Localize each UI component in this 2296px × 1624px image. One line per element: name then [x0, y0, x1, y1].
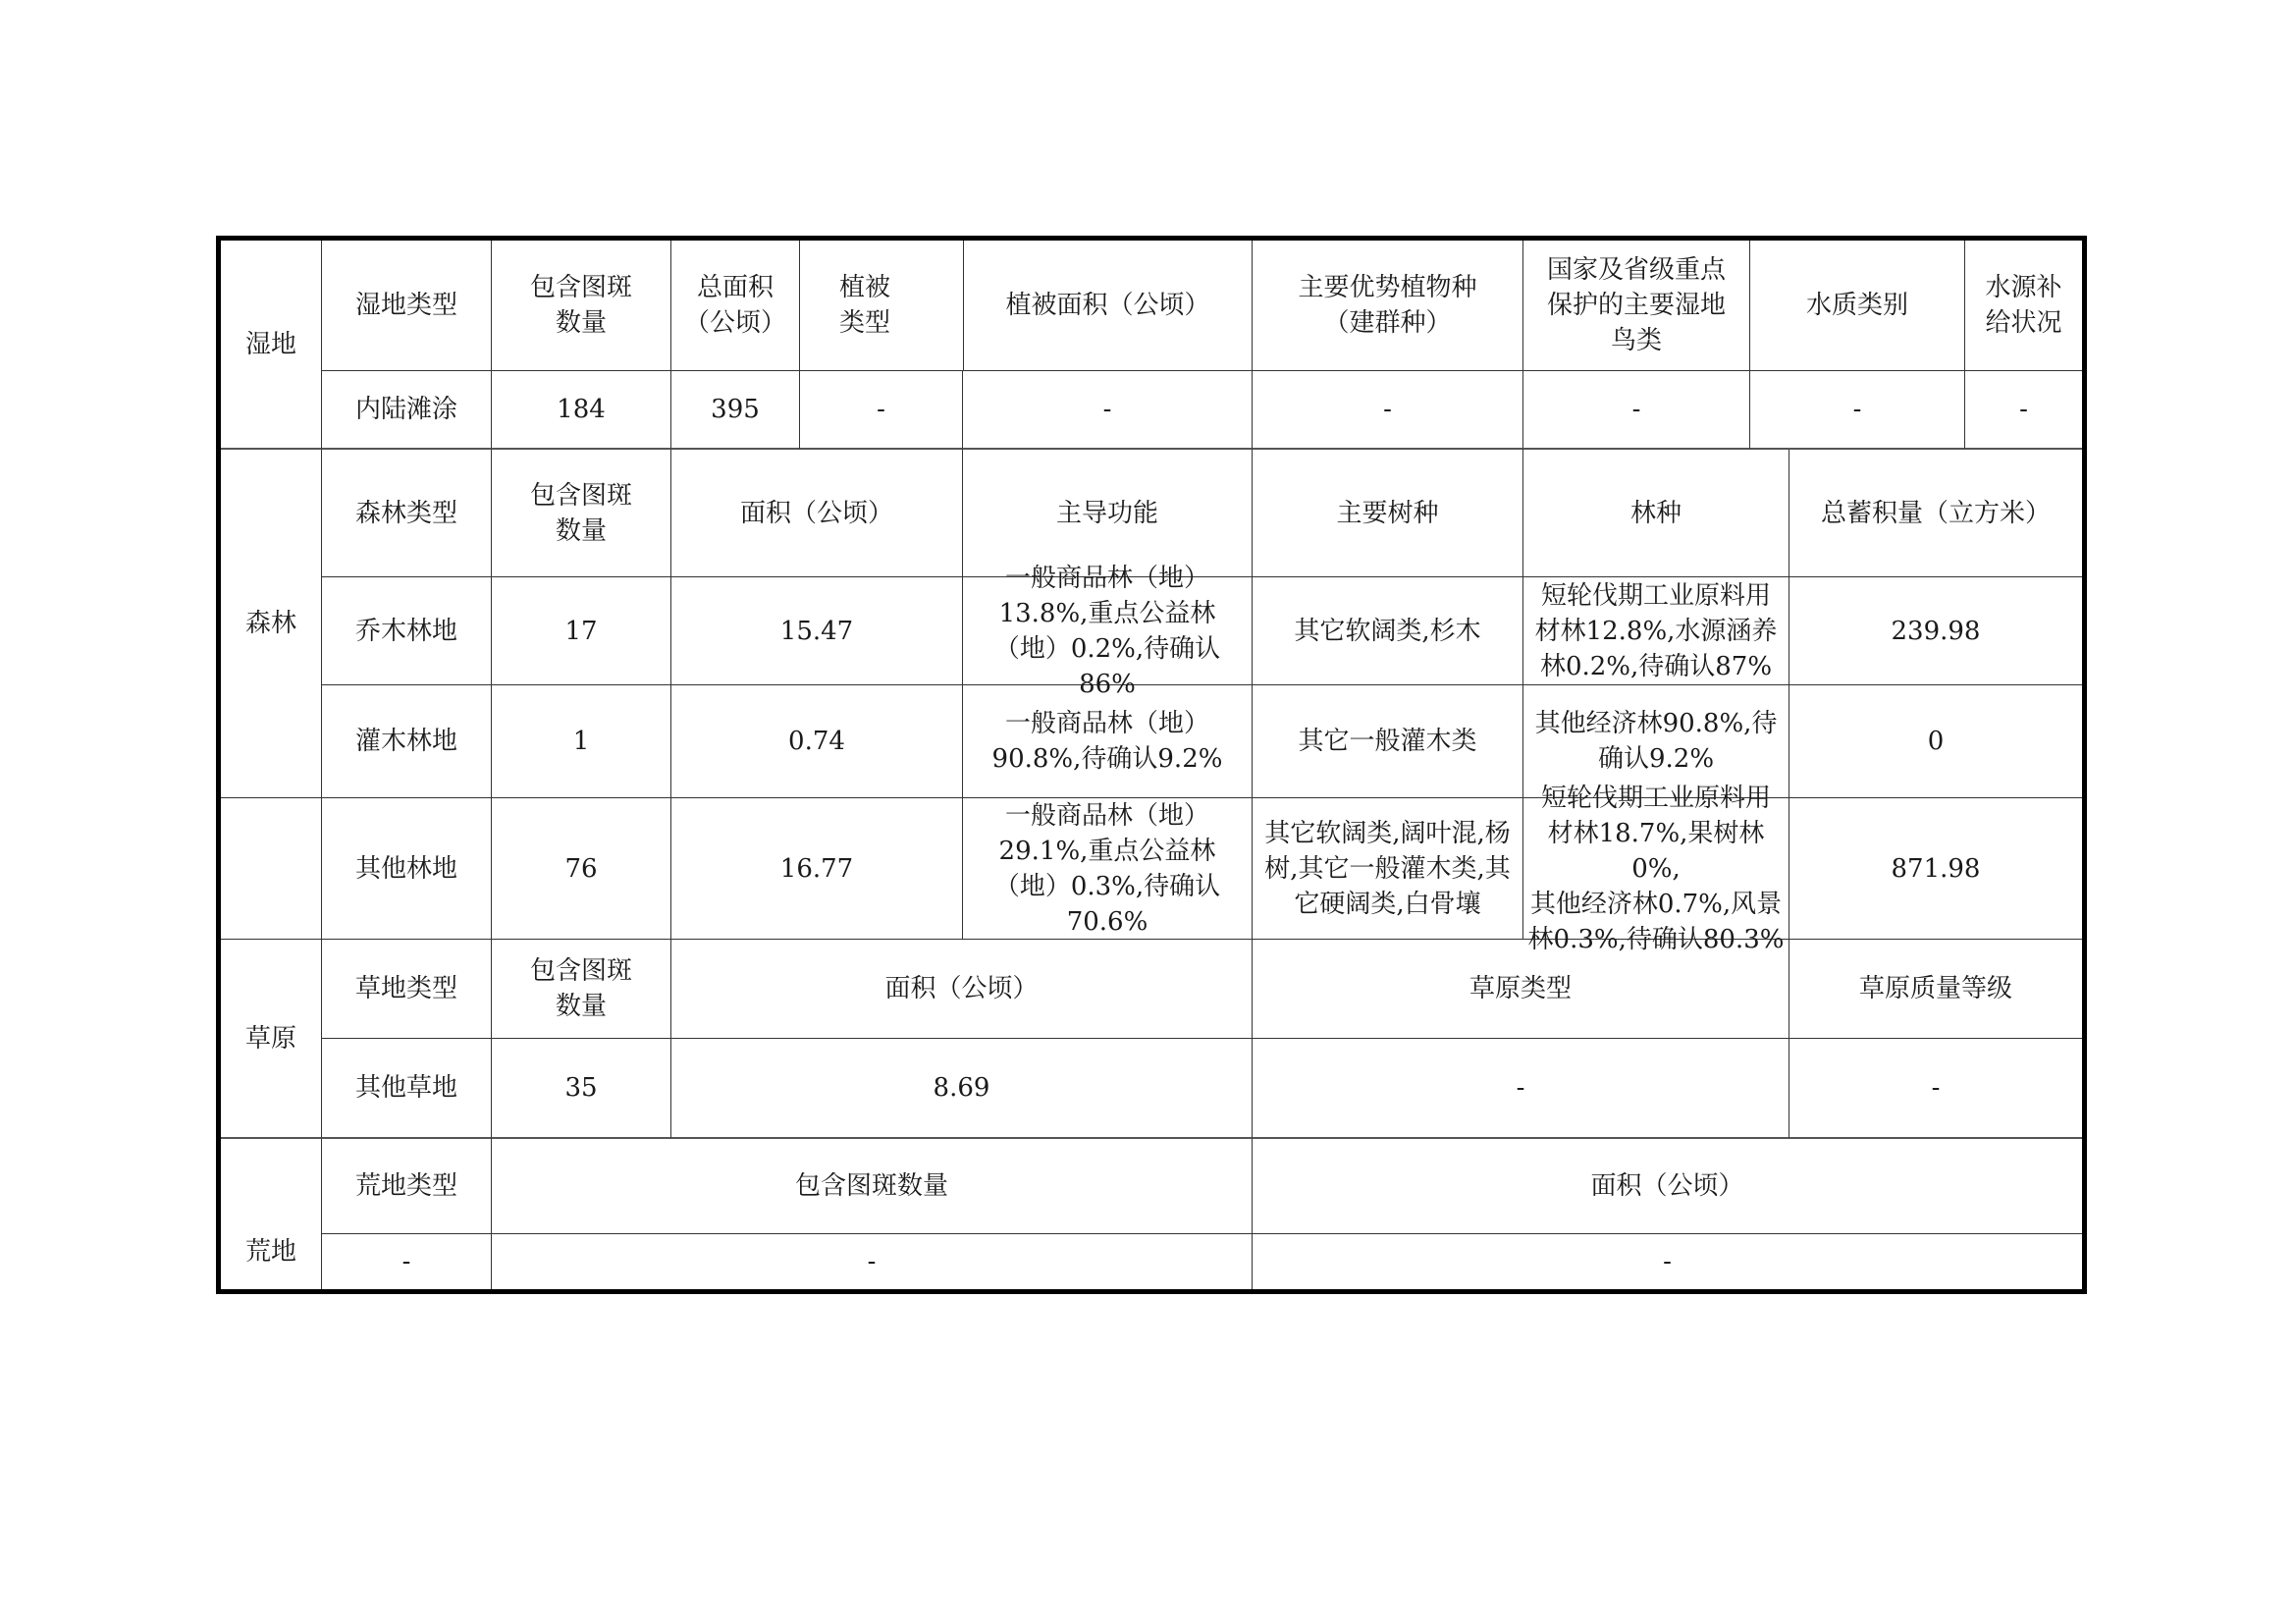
wasteland-header-type: 荒地类型: [322, 1139, 492, 1234]
forest-header-total-stock: 总蓄积量（立方米）: [1789, 450, 2082, 577]
wetland-header-type: 湿地类型: [322, 241, 492, 371]
wetland-header-water-supply: 水源补 给状况: [1965, 241, 2082, 371]
forest-header-main-function: 主导功能: [963, 450, 1253, 577]
wetland-row-vegetation-area: -: [963, 371, 1253, 450]
forest-row-patch-count: 17: [492, 577, 671, 685]
grassland-row-quality-grade: -: [1789, 1039, 2082, 1139]
forest-row-main-species: 其它一般灌木类: [1253, 685, 1523, 798]
forest-row-main-function: 一般商品林（地） 13.8%,重点公益林 （地）0.2%,待确认86%: [963, 577, 1253, 685]
grassland-header-quality-grade: 草原质量等级: [1789, 940, 2082, 1039]
grassland-row-area: 8.69: [671, 1039, 1253, 1139]
grassland-row-patch-count: 35: [492, 1039, 671, 1139]
forest-row-patch-count: 1: [492, 685, 671, 798]
forest-row-total-stock: 0: [1789, 685, 2082, 798]
grassland-header-grassland-type: 草原类型: [1253, 940, 1789, 1039]
forest-row-total-stock: 871.98: [1789, 798, 2082, 940]
grassland-header-area: 面积（公顷）: [671, 940, 1253, 1039]
forest-row-forest-category: 短轮伐期工业原料用 材林18.7%,果树林0%, 其他经济林0.7%,风景 林0…: [1523, 798, 1789, 940]
wetland-row-vegetation-type: -: [800, 371, 963, 450]
category-wasteland: 荒地: [221, 1139, 322, 1289]
forest-row-main-species: 其它软阔类,杉木: [1253, 577, 1523, 685]
wetland-row-patch-count: 184: [492, 371, 671, 450]
grassland-row-grassland-type: -: [1253, 1039, 1789, 1139]
wetland-header-total-area: 总面积 （公顷）: [671, 241, 800, 371]
grassland-header-patch-count: 包含图斑 数量: [492, 940, 671, 1039]
wetland-header-water-quality: 水质类别: [1750, 241, 1965, 371]
wasteland-header-area: 面积（公顷）: [1253, 1139, 2082, 1234]
land-resource-table: 湿地 湿地类型 包含图斑 数量 总面积 （公顷） 植被 类型 植被面积（公顷） …: [216, 236, 2087, 1294]
wasteland-row-type: -: [322, 1234, 492, 1289]
wetland-header-protected-birds: 国家及省级重点 保护的主要湿地 鸟类: [1523, 241, 1750, 371]
wasteland-header-patch-count: 包含图斑数量: [492, 1139, 1253, 1234]
forest-row-main-function: 一般商品林（地） 90.8%,待确认9.2%: [963, 685, 1253, 798]
forest-row-main-function: 一般商品林（地） 29.1%,重点公益林 （地）0.3%,待确认 70.6%: [963, 798, 1253, 940]
wetland-row-protected-birds: -: [1523, 371, 1750, 450]
wetland-header-patch-count: 包含图斑 数量: [492, 241, 671, 371]
forest-row-total-stock: 239.98: [1789, 577, 2082, 685]
category-grassland: 草原: [221, 940, 322, 1139]
forest-header-area: 面积（公顷）: [671, 450, 963, 577]
wasteland-row-area: -: [1253, 1234, 2082, 1289]
forest-row-area: 16.77: [671, 798, 963, 940]
forest-row-patch-count: 76: [492, 798, 671, 940]
forest-header-forest-category: 林种: [1523, 450, 1789, 577]
forest-row-area: 15.47: [671, 577, 963, 685]
forest-header-main-species: 主要树种: [1253, 450, 1523, 577]
wasteland-row-patch-count: -: [492, 1234, 1253, 1289]
wetland-header-vegetation-area: 植被面积（公顷）: [963, 241, 1253, 371]
forest-row-type: 其他林地: [322, 798, 492, 940]
grassland-header-type: 草地类型: [322, 940, 492, 1039]
forest-row-forest-category: 短轮伐期工业原料用 材林12.8%,水源涵养 林0.2%,待确认87%: [1523, 577, 1789, 685]
forest-row-empty-category: [221, 798, 322, 940]
forest-row-area: 0.74: [671, 685, 963, 798]
wetland-row-water-supply: -: [1965, 371, 2082, 450]
wetland-header-dominant-species: 主要优势植物种 （建群种）: [1253, 241, 1523, 371]
category-wetland: 湿地: [221, 241, 322, 450]
wetland-row-total-area: 395: [671, 371, 800, 450]
forest-row-type: 灌木林地: [322, 685, 492, 798]
forest-header-type: 森林类型: [322, 450, 492, 577]
forest-row-main-species: 其它软阔类,阔叶混,杨 树,其它一般灌木类,其 它硬阔类,白骨壤: [1253, 798, 1523, 940]
wetland-row-dominant-species: -: [1253, 371, 1523, 450]
forest-row-type: 乔木林地: [322, 577, 492, 685]
forest-header-patch-count: 包含图斑 数量: [492, 450, 671, 577]
grassland-row-type: 其他草地: [322, 1039, 492, 1139]
wetland-row-water-quality: -: [1750, 371, 1965, 450]
wetland-row-type: 内陆滩涂: [322, 371, 492, 450]
category-forest: 森林: [221, 450, 322, 798]
